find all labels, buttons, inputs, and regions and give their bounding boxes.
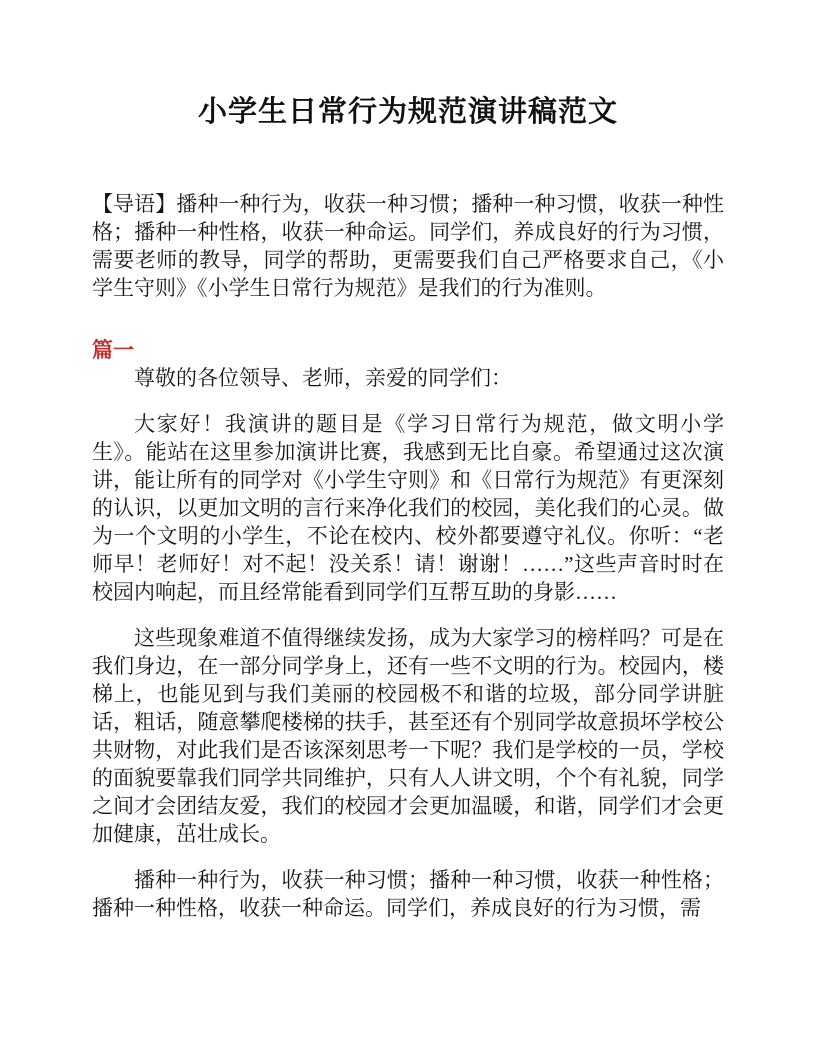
speech-paragraph-1: 大家好！我演讲的题目是《学习日常行为规范，做文明小学生》。能站在这里参加演讲比赛… (92, 410, 724, 606)
speech-paragraph-2: 这些现象难道不值得继续发扬，成为大家学习的榜样吗？可是在我们身边，在一部分同学身… (92, 624, 724, 848)
section-heading: 篇一 (92, 336, 724, 364)
document-title: 小学生日常行为规范演讲稿范文 (92, 94, 724, 130)
document-page: 小学生日常行为规范演讲稿范文 【导语】播种一种行为，收获一种习惯；播种一种习惯，… (92, 0, 724, 940)
salutation-line: 尊敬的各位领导、老师，亲爱的同学们： (92, 364, 724, 392)
speech-paragraph-3: 播种一种行为，收获一种习惯；播种一种习惯，收获一种性格；播种一种性格，收获一种命… (92, 866, 724, 922)
intro-paragraph: 【导语】播种一种行为，收获一种习惯；播种一种习惯，收获一种性格；播种一种性格，收… (92, 190, 724, 302)
